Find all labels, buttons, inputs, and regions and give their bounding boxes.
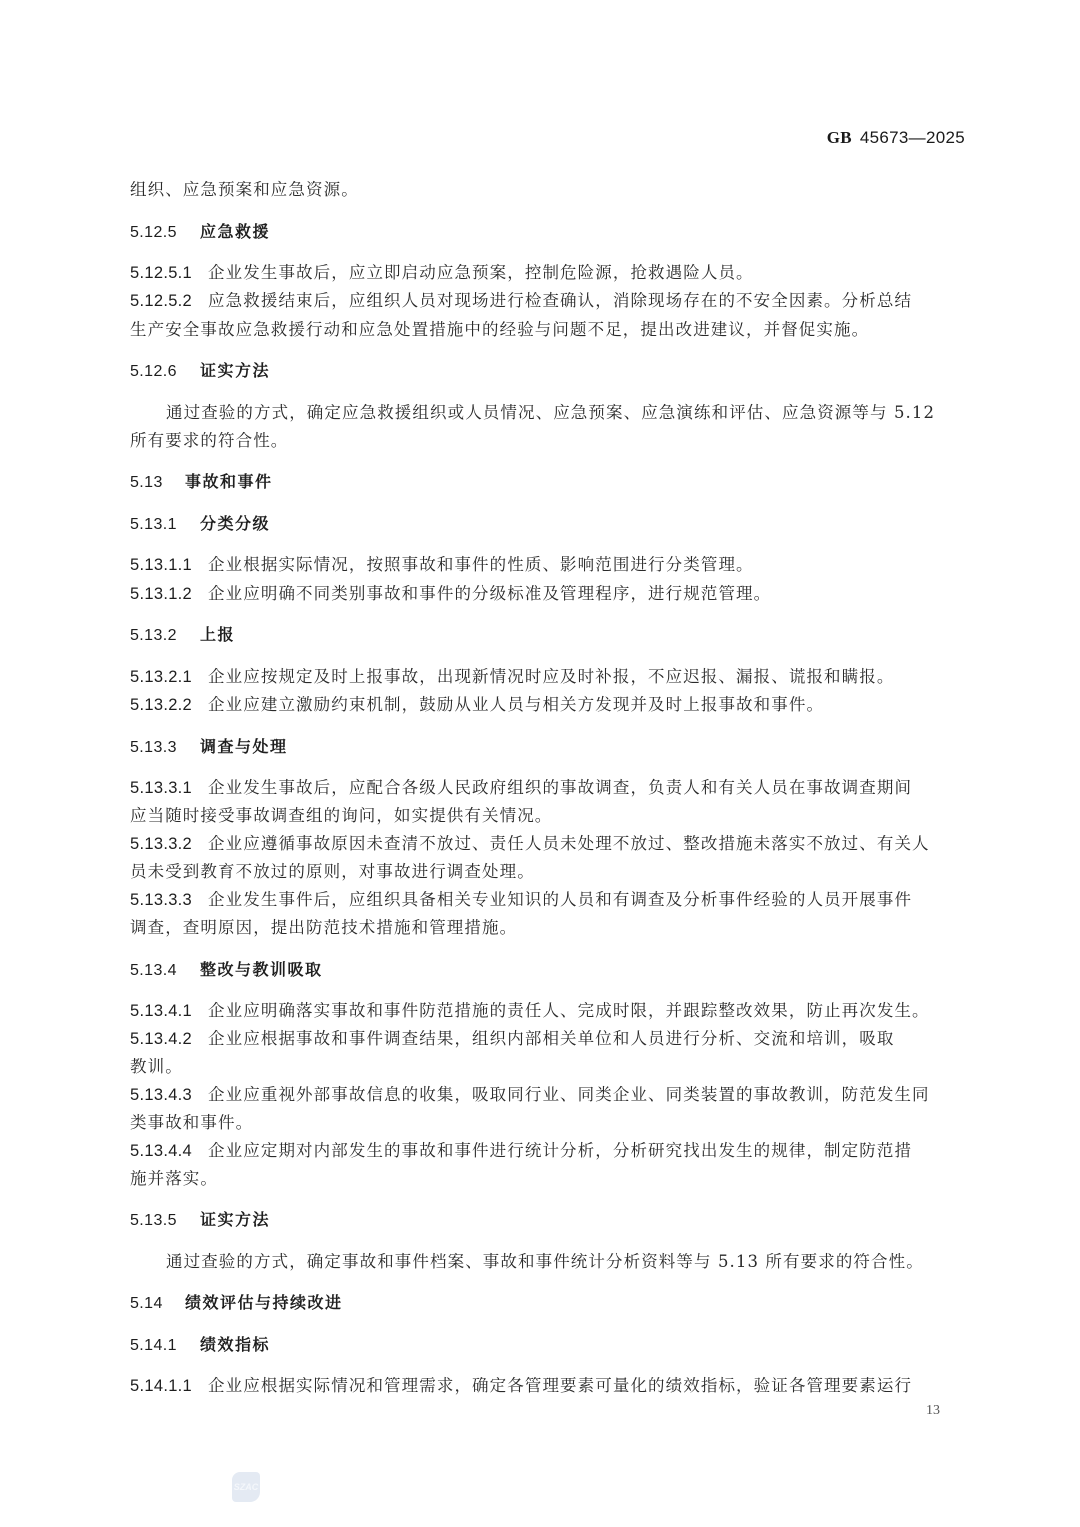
paragraph-line: 通过查验的方式，确定应急救援组织或人员情况、应急预案、应急演练和评估、应急资源等… — [130, 399, 1001, 427]
clause-number: 5.13.4.1 — [130, 1002, 192, 1020]
continuation-line: 类事故和事件。 — [130, 1109, 965, 1137]
clause-number: 5.12.5.1 — [130, 264, 192, 282]
section-title: 整改与教训吸取 — [200, 960, 323, 979]
section-title: 事故和事件 — [185, 472, 273, 491]
clause-text: 企业根据实际情况，按照事故和事件的性质、影响范围进行分类管理。 — [208, 555, 754, 574]
clause-number: 5.14.1.1 — [130, 1377, 192, 1395]
standard-number: GB45673—2025 — [827, 128, 965, 148]
clause-text: 企业应按规定及时上报事故，出现新情况时应及时补报，不应迟报、漏报、谎报和瞒报。 — [208, 667, 894, 686]
section-number: 5.14 — [130, 1290, 185, 1318]
continuation-line: 调查，查明原因，提出防范技术措施和管理措施。 — [130, 914, 965, 942]
clause-number: 5.13.4.2 — [130, 1030, 192, 1048]
continuation-line: 教训。 — [130, 1053, 965, 1081]
continuation-line: 生产安全事故应急救援行动和应急处置措施中的经验与问题不足，提出改进建议，并督促实… — [130, 316, 965, 344]
clause-line: 5.13.4.3企业应重视外部事故信息的收集，吸取同行业、同类企业、同类装置的事… — [130, 1081, 965, 1109]
section-title: 绩效指标 — [200, 1335, 270, 1354]
clause-text: 应急救援结束后，应组织人员对现场进行检查确认，消除现场存在的不安全因素。分析总结 — [208, 291, 912, 310]
section-heading: 5.12.6证实方法 — [130, 357, 965, 386]
section-title: 上报 — [200, 625, 235, 644]
clause-number: 5.13.4.3 — [130, 1086, 192, 1104]
clause-text: 企业应重视外部事故信息的收集，吸取同行业、同类企业、同类装置的事故教训，防范发生… — [208, 1085, 930, 1104]
clause-number: 5.13.2.2 — [130, 696, 192, 714]
standard-prefix: GB — [827, 128, 852, 147]
clause-number: 5.13.4.4 — [130, 1142, 192, 1160]
section-heading: 5.13.4整改与教训吸取 — [130, 956, 965, 985]
paragraph-line: 通过查验的方式，确定事故和事件档案、事故和事件统计分析资料等与 5.13 所有要… — [130, 1248, 1001, 1276]
section-title: 证实方法 — [200, 361, 270, 380]
continuation-line: 施并落实。 — [130, 1165, 965, 1193]
clause-text: 企业发生事故后，应立即启动应急预案，控制危险源，抢救遇险人员。 — [208, 263, 754, 282]
section-title: 证实方法 — [200, 1210, 270, 1229]
section-heading: 5.12.5应急救援 — [130, 218, 965, 247]
section-heading: 5.13.2上报 — [130, 621, 965, 650]
section-heading: 5.13.3调查与处理 — [130, 733, 965, 762]
section-number: 5.13.1 — [130, 511, 200, 539]
continuation-line: 所有要求的符合性。 — [130, 427, 965, 455]
standard-code: 45673—2025 — [860, 128, 965, 147]
clause-line: 5.13.1.1企业根据实际情况，按照事故和事件的性质、影响范围进行分类管理。 — [130, 551, 965, 579]
clause-number: 5.13.1.2 — [130, 585, 192, 603]
clause-line: 5.13.4.1企业应明确落实事故和事件防范措施的责任人、完成时限，并跟踪整改效… — [130, 997, 965, 1025]
clause-text: 企业应定期对内部发生的事故和事件进行统计分析，分析研究找出发生的规律，制定防范措 — [208, 1141, 912, 1160]
section-heading: 5.13.1分类分级 — [130, 510, 965, 539]
section-number: 5.12.5 — [130, 219, 200, 247]
page-number: 13 — [926, 1403, 940, 1419]
watermark-logo-icon: SZAC — [232, 1472, 260, 1502]
clause-line: 5.13.3.2企业应遵循事故原因未查清不放过、责任人员未处理不放过、整改措施未… — [130, 830, 965, 858]
clause-line: 5.12.5.2应急救援结束后，应组织人员对现场进行检查确认，消除现场存在的不安… — [130, 287, 965, 315]
clause-number: 5.13.1.1 — [130, 556, 192, 574]
clause-line: 5.14.1.1企业应根据实际情况和管理需求，确定各管理要素可量化的绩效指标，验… — [130, 1372, 965, 1400]
clause-line: 5.12.5.1企业发生事故后，应立即启动应急预案，控制危险源，抢救遇险人员。 — [130, 259, 965, 287]
clause-text: 企业应根据事故和事件调查结果，组织内部相关单位和人员进行分析、交流和培训，吸取 — [208, 1029, 894, 1048]
section-number: 5.13.5 — [130, 1207, 200, 1235]
clause-line: 5.13.1.2企业应明确不同类别事故和事件的分级标准及管理程序，进行规范管理。 — [130, 580, 965, 608]
clause-line: 5.13.2.1企业应按规定及时上报事故，出现新情况时应及时补报，不应迟报、漏报… — [130, 663, 965, 691]
clause-line: 5.13.2.2企业应建立激励约束机制，鼓励从业人员与相关方发现并及时上报事故和… — [130, 691, 965, 719]
clause-line: 5.13.4.4企业应定期对内部发生的事故和事件进行统计分析，分析研究找出发生的… — [130, 1137, 965, 1165]
clause-text: 企业应建立激励约束机制，鼓励从业人员与相关方发现并及时上报事故和事件。 — [208, 695, 824, 714]
clause-text: 企业应明确落实事故和事件防范措施的责任人、完成时限，并跟踪整改效果，防止再次发生… — [208, 1001, 930, 1020]
clause-text: 企业发生事件后，应组织具备相关专业知识的人员和有调查及分析事件经验的人员开展事件 — [208, 890, 912, 909]
clause-number: 5.13.3.3 — [130, 891, 192, 909]
section-heading: 5.14.1绩效指标 — [130, 1331, 965, 1360]
section-number: 5.13.2 — [130, 622, 200, 650]
section-title: 绩效评估与持续改进 — [185, 1293, 343, 1312]
section-number: 5.13 — [130, 469, 185, 497]
clause-number: 5.13.3.2 — [130, 835, 192, 853]
section-number: 5.13.3 — [130, 734, 200, 762]
section-title: 调查与处理 — [200, 737, 288, 756]
clause-line: 5.13.4.2企业应根据事故和事件调查结果，组织内部相关单位和人员进行分析、交… — [130, 1025, 965, 1053]
document-page: GB45673—2025 组织、应急预案和应急资源。5.12.5应急救援5.12… — [0, 0, 1080, 1527]
clause-number: 5.13.3.1 — [130, 779, 192, 797]
section-number: 5.13.4 — [130, 957, 200, 985]
clause-text: 企业应明确不同类别事故和事件的分级标准及管理程序，进行规范管理。 — [208, 584, 771, 603]
clause-text: 企业应遵循事故原因未查清不放过、责任人员未处理不放过、整改措施未落实不放过、有关… — [208, 834, 930, 853]
section-title: 应急救援 — [200, 222, 270, 241]
clause-text: 企业应根据实际情况和管理需求，确定各管理要素可量化的绩效指标，验证各管理要素运行 — [208, 1376, 912, 1395]
continuation-line: 员未受到教育不放过的原则，对事故进行调查处理。 — [130, 858, 965, 886]
clause-text: 企业发生事故后，应配合各级人民政府组织的事故调查，负责人和有关人员在事故调查期间 — [208, 778, 912, 797]
section-number: 5.14.1 — [130, 1332, 200, 1360]
continuation-line: 应当随时接受事故调查组的询问，如实提供有关情况。 — [130, 802, 965, 830]
section-heading: 5.13.5证实方法 — [130, 1206, 965, 1235]
section-heading: 5.13事故和事件 — [130, 468, 965, 497]
section-heading: 5.14绩效评估与持续改进 — [130, 1289, 965, 1318]
clause-number: 5.13.2.1 — [130, 668, 192, 686]
section-title: 分类分级 — [200, 514, 270, 533]
section-number: 5.12.6 — [130, 358, 200, 386]
continuation-line: 组织、应急预案和应急资源。 — [130, 176, 965, 204]
clause-number: 5.12.5.2 — [130, 292, 192, 310]
clause-line: 5.13.3.1企业发生事故后，应配合各级人民政府组织的事故调查，负责人和有关人… — [130, 774, 965, 802]
clause-line: 5.13.3.3企业发生事件后，应组织具备相关专业知识的人员和有调查及分析事件经… — [130, 886, 965, 914]
